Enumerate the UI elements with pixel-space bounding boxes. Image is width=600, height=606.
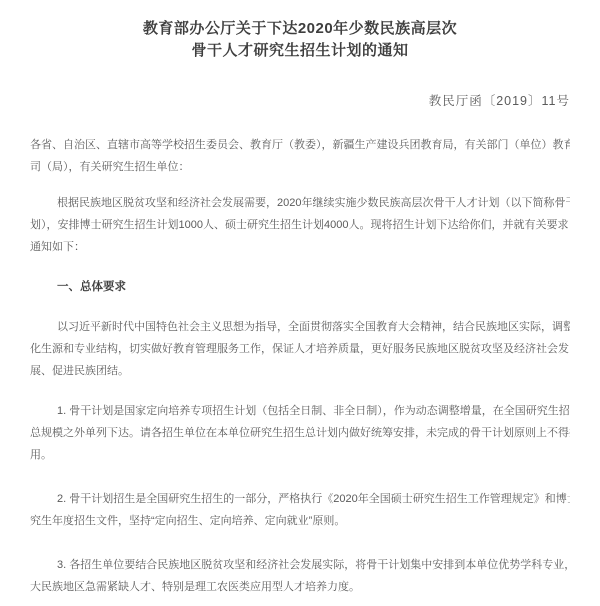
- text-line: 各省、自治区、直辖市高等学校招生委员会、教育厅（教委），新疆生产建设兵团教育局，…: [30, 134, 570, 156]
- text-line: 司（局），有关研究生招生单位：: [30, 156, 570, 178]
- text-line: 通知如下：: [30, 236, 570, 258]
- document-number: 教民厅函〔2019〕11号: [30, 90, 570, 112]
- section-heading-overall-requirements: 一、总体要求: [30, 276, 570, 298]
- text-line: 根据民族地区脱贫攻坚和经济社会发展需要，2020年继续实施少数民族高层次骨干人才…: [30, 192, 570, 214]
- title-line-1: 教育部办公厅关于下达2020年少数民族高层次: [30, 18, 570, 40]
- text-line: 2. 骨干计划招生是全国研究生招生的一部分，严格执行《2020年全国硕士研究生招…: [30, 488, 570, 510]
- paragraph-item-3: 3. 各招生单位要结合民族地区脱贫攻坚和经济社会发展实际，将骨干计划集中安排到本…: [30, 554, 570, 598]
- text-line: 用。: [30, 444, 570, 466]
- text-line: 划），安排博士研究生招生计划1000人、硕士研究生招生计划4000人。现将招生计…: [30, 214, 570, 236]
- paragraph-overall-requirements: 以习近平新时代中国特色社会主义思想为指导，全面贯彻落实全国教育大会精神，结合民族…: [30, 316, 570, 382]
- text-line: 展、促进民族团结。: [30, 360, 570, 382]
- paragraph-item-1: 1. 骨干计划是国家定向培养专项招生计划（包括全日制、非全日制），作为动态调整增…: [30, 400, 570, 466]
- text-line: 化生源和专业结构，切实做好教育管理服务工作，保证人才培养质量，更好服务民族地区脱…: [30, 338, 570, 360]
- title-line-2: 骨干人才研究生招生计划的通知: [30, 40, 570, 62]
- paragraph-addressee: 各省、自治区、直辖市高等学校招生委员会、教育厅（教委），新疆生产建设兵团教育局，…: [30, 134, 570, 178]
- paragraph-item-2: 2. 骨干计划招生是全国研究生招生的一部分，严格执行《2020年全国硕士研究生招…: [30, 488, 570, 532]
- text-line: 3. 各招生单位要结合民族地区脱贫攻坚和经济社会发展实际，将骨干计划集中安排到本…: [30, 554, 570, 576]
- paragraph-intro: 根据民族地区脱贫攻坚和经济社会发展需要，2020年继续实施少数民族高层次骨干人才…: [30, 192, 570, 258]
- notice-document: 教育部办公厅关于下达2020年少数民族高层次 骨干人才研究生招生计划的通知 教民…: [0, 0, 600, 606]
- text-line: 总规模之外单列下达。请各招生单位在本单位研究生招生总计划内做好统筹安排，未完成的…: [30, 422, 570, 444]
- text-line: 1. 骨干计划是国家定向培养专项招生计划（包括全日制、非全日制），作为动态调整增…: [30, 400, 570, 422]
- text-line: 究生年度招生文件，坚持“定向招生、定向培养、定向就业”原则。: [30, 510, 570, 532]
- text-line: 以习近平新时代中国特色社会主义思想为指导，全面贯彻落实全国教育大会精神，结合民族…: [30, 316, 570, 338]
- document-title: 教育部办公厅关于下达2020年少数民族高层次 骨干人才研究生招生计划的通知: [30, 18, 570, 62]
- text-line: 大民族地区急需紧缺人才、特别是理工农医类应用型人才培养力度。: [30, 576, 570, 598]
